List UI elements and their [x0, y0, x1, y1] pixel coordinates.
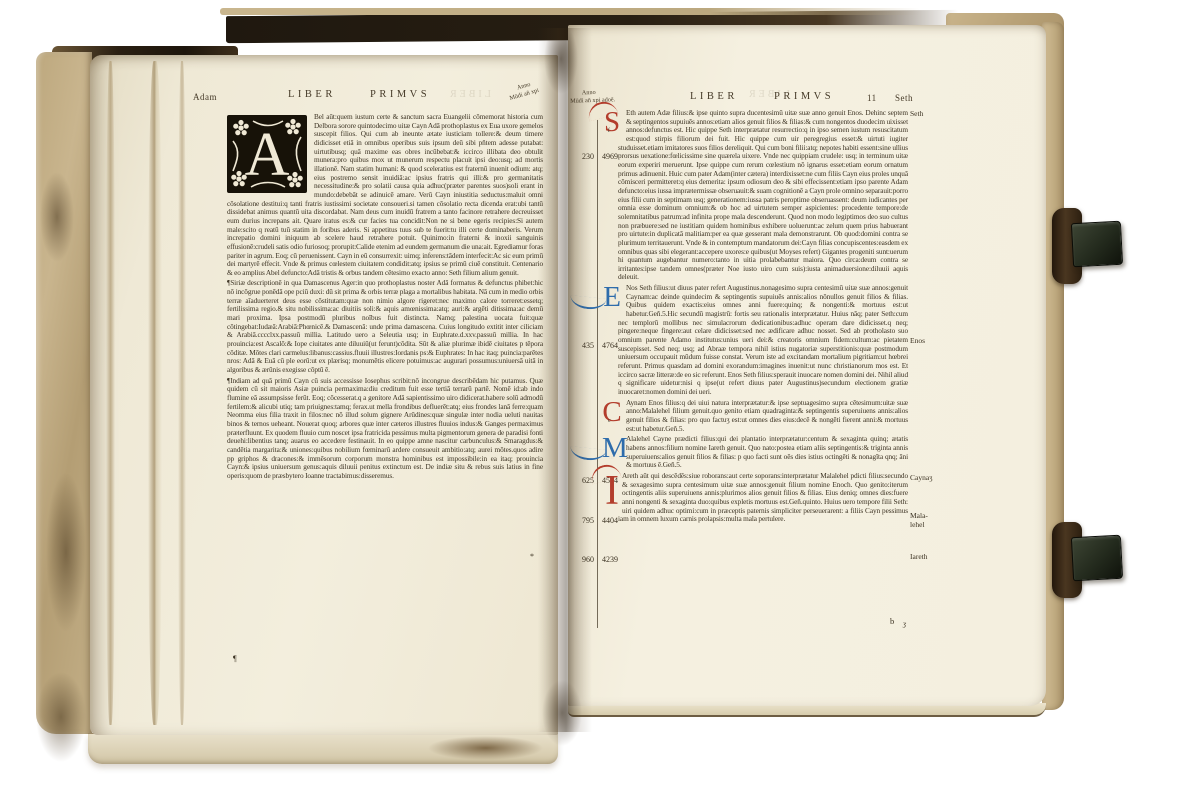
- running-head-liber: LIBER: [288, 89, 336, 100]
- clasp-metal-plate: [1071, 535, 1123, 582]
- margin-asterisk: *: [530, 552, 534, 561]
- paragraph-text: Aynam Enos filius:q dei uiui natura inte…: [626, 398, 908, 433]
- paragraph-text: Alalehel Cayne prædicti filius:qui dei p…: [626, 434, 908, 469]
- margin-gloss-iareth: Iareth: [910, 553, 928, 562]
- anno-mundi: 435: [568, 341, 594, 350]
- running-head-adam: Adam: [193, 92, 217, 102]
- paragraph-abel: A Bel aūt:quem iustum certe & sanctum sa…: [227, 113, 543, 277]
- left-text-block: A Bel aūt:quem iustum certe & sanctum sa…: [227, 113, 543, 483]
- margin-gloss-malalehel: Mala- lehel: [910, 512, 928, 529]
- running-head-liber: LIBER: [690, 91, 738, 102]
- rubricated-initial-S: Sſ: [602, 110, 622, 135]
- left-page-stack-bottom: [88, 733, 558, 764]
- margin-gloss-seth: Seth: [910, 110, 923, 119]
- right-text-block: SſEth autem Adæ filius:& ipse quinto sup…: [618, 109, 908, 526]
- paragraph-iareth: IAreth aūt qui descēdēs:siue roborans:au…: [618, 472, 908, 524]
- woodcut-initial-A: A: [227, 115, 307, 193]
- rubricated-initial-C: Cc: [602, 400, 622, 425]
- anno-ante-christum: 4239: [602, 555, 642, 564]
- rubricated-initial-M: Mm: [602, 436, 622, 461]
- paragraph-text: Eth autem Adæ filius:& ipse quinto supra…: [618, 108, 908, 281]
- anno-mundi: 795: [568, 516, 594, 525]
- paragraph-seth: SſEth autem Adæ filius:& ipse quinto sup…: [618, 109, 908, 282]
- curled-leaf-edge: [178, 61, 186, 725]
- paragraph-india: ¶Indiam ad quā primū Cayn cū suis access…: [227, 377, 543, 481]
- cover-wear-spot: [40, 172, 74, 262]
- bottom-paragraph-mark: ¶: [233, 654, 237, 663]
- initial-letter: A: [227, 117, 307, 193]
- gutter-bottom-shadow: [542, 680, 582, 746]
- clasp-metal-plate: [1071, 221, 1123, 268]
- quire-signature: b: [890, 616, 894, 626]
- top-cover-edge: [220, 8, 920, 15]
- curled-leaf-edge: [148, 61, 162, 725]
- column-rule: [597, 120, 598, 628]
- anno-mundi: 625: [568, 476, 594, 485]
- folio-number: 11: [867, 93, 877, 103]
- paragraph-malalehel: MmAlalehel Cayne prædicti filius:qui dei…: [618, 435, 908, 470]
- signature-flourish: ʒ: [902, 619, 907, 628]
- running-head-primus: PRIMVS: [370, 89, 430, 100]
- rubricated-initial-I: I: [605, 473, 618, 509]
- cover-wear-spot: [46, 472, 86, 632]
- anno-mundi: 230: [568, 152, 594, 161]
- paragraph-enos: ENos Seth filius:ut diuus pater refert A…: [618, 284, 908, 397]
- show-through-text: LIBER: [447, 89, 491, 100]
- left-cover-edge: [36, 52, 92, 734]
- left-page: Adam LIBER PRIMVS LIBER Anno Mūdi añ xpi: [90, 55, 558, 735]
- photograph-of-open-incunable: Adam LIBER PRIMVS LIBER Anno Mūdi añ xpi: [0, 0, 1178, 800]
- margin-gloss-caynan: Caynaʒ: [910, 474, 933, 483]
- paragraph-caynan: CcAynam Enos filius:q dei uiui natura in…: [618, 399, 908, 434]
- paragraph-syria: ¶Siriæ descriptionē in qua Damascenus Ag…: [227, 279, 543, 374]
- worn-patch: [428, 736, 543, 760]
- running-head-seth: Seth: [895, 93, 913, 103]
- paragraph-text: Nos Seth filius:ut diuus pater refert Au…: [618, 283, 908, 396]
- paragraph-text: Areth aūt qui descēdēs:siue roborans:aut…: [618, 471, 908, 523]
- curled-leaf-edge: [106, 61, 115, 725]
- guide-letter: ſ: [608, 119, 610, 144]
- rubricated-initial-E: E: [602, 285, 622, 310]
- margin-gloss-enos: Enos: [910, 337, 925, 346]
- running-head-primus: PRIMVS: [774, 91, 834, 102]
- right-page: Anno Mūdi añ xpi adoē. LIBER LIBER PRIMV…: [568, 25, 1046, 706]
- cover-wear-spot: [36, 672, 86, 762]
- anno-mundi: 960: [568, 555, 594, 564]
- year-column-heading: Anno Mūdi añ xpi: [507, 79, 540, 102]
- gutter-top-shadow: [544, 24, 578, 94]
- guide-letter: c: [608, 409, 611, 434]
